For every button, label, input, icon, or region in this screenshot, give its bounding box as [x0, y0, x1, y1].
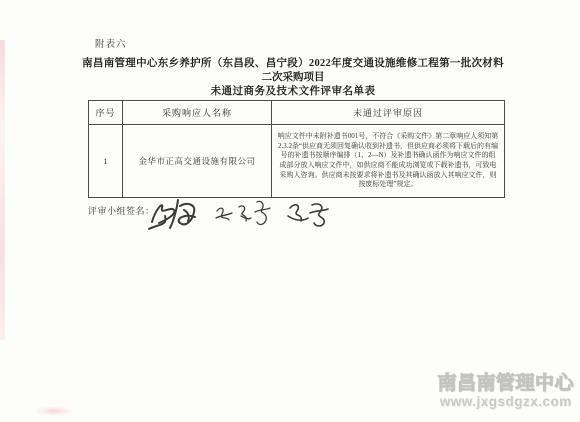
scan-artifact-smudge: [34, 406, 74, 416]
header-rejection-reason: 未通过评审原因: [272, 101, 505, 125]
handwritten-signatures: [144, 196, 374, 240]
watermark-org-name: 南昌南管理中心: [437, 374, 574, 394]
document-title-line2: 二次采购项目: [10, 71, 576, 84]
appendix-label: 附表六: [95, 36, 127, 50]
document-title-block: 南昌南管理中心东乡养护所（东昌段、昌宁段）2022年度交通设施维修工程第一批次材…: [10, 57, 576, 98]
document-title-line3: 未通过商务及技术文件评审名单表: [10, 85, 576, 98]
signature-line: 评审小组签名：: [88, 196, 388, 240]
cell-serial-number: 1: [89, 125, 123, 198]
table-header-row: 序号 采购响应人名称 未通过评审原因: [89, 101, 505, 125]
review-result-table: 序号 采购响应人名称 未通过评审原因 1 金华市正高交通设施有限公司 响应文件中…: [88, 100, 505, 198]
handwritten-signature-3: [288, 204, 328, 226]
handwritten-signature-1: [149, 200, 195, 229]
watermark-url: www.jxgsdgzx.com: [437, 395, 574, 409]
header-serial-number: 序号: [89, 101, 123, 125]
header-supplier-name: 采购响应人名称: [123, 101, 272, 125]
scanned-document-page: 附表六 南昌南管理中心东乡养护所（东昌段、昌宁段）2022年度交通设施维修工程第…: [0, 0, 580, 422]
document-title-line1: 南昌南管理中心东乡养护所（东昌段、昌宁段）2022年度交通设施维修工程第一批次材…: [10, 57, 576, 70]
handwritten-signature-2: [216, 201, 270, 224]
cell-rejection-reason: 响应文件中未附补遗书001号，不符合《采购文件》第二章响应人须知第2.3.2条“…: [272, 125, 505, 198]
scan-artifact-left-edge: [0, 40, 5, 340]
table-row: 1 金华市正高交通设施有限公司 响应文件中未附补遗书001号，不符合《采购文件》…: [89, 125, 505, 198]
cell-supplier-name: 金华市正高交通设施有限公司: [123, 125, 272, 198]
site-watermark: 南昌南管理中心 www.jxgsdgzx.com: [437, 374, 574, 409]
